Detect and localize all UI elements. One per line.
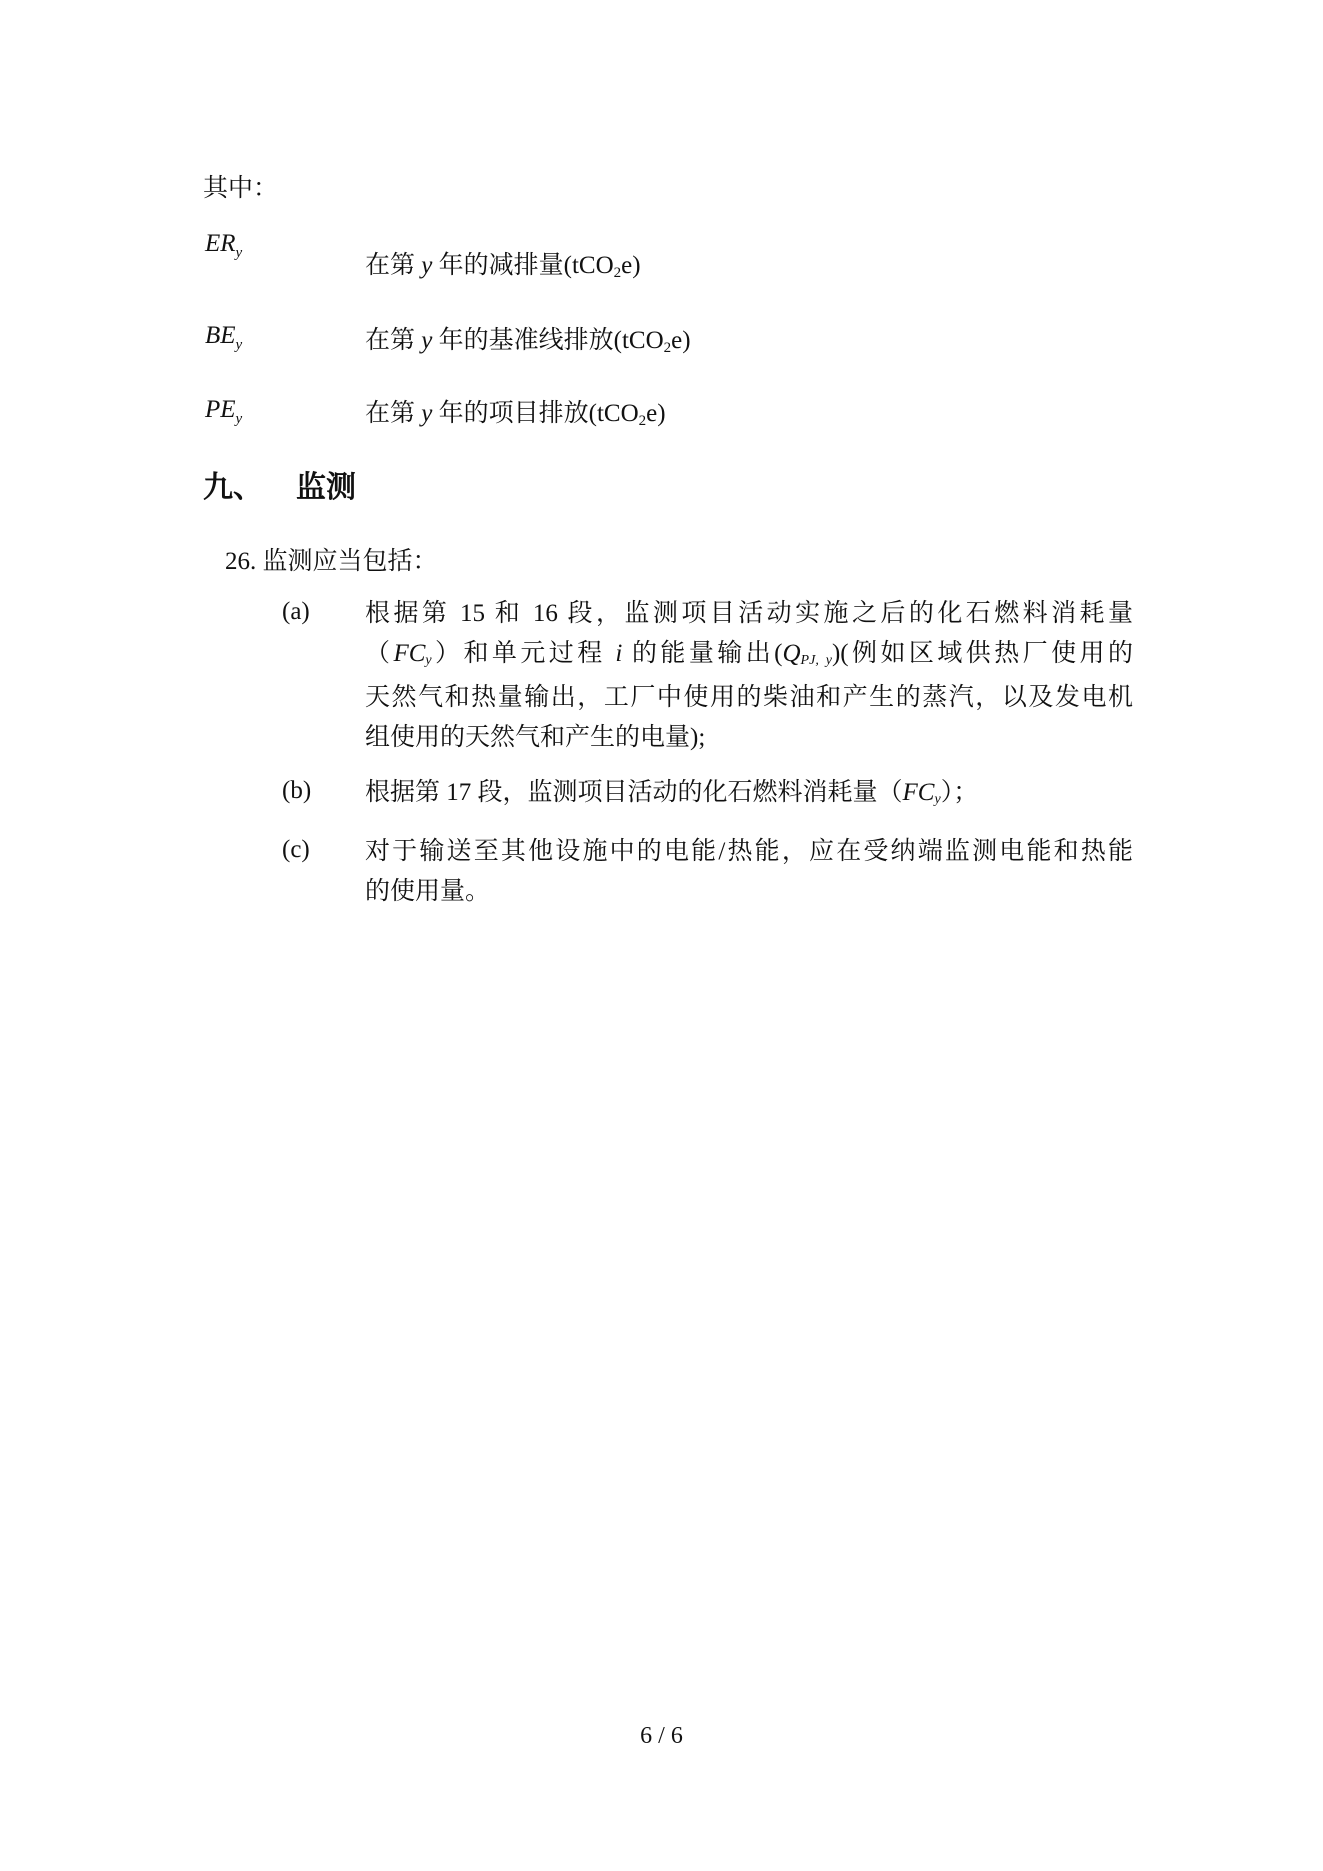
paragraph-26-intro: 26. 监测应当包括： — [225, 541, 438, 577]
list-item-label-a: (a) — [282, 598, 310, 626]
symbol-text: PE — [205, 396, 236, 423]
desc-variable: y — [421, 252, 432, 279]
desc-text: 年的项目排放(tCO — [432, 400, 638, 427]
variable-symbol-pe: PEy — [205, 396, 242, 424]
list-item-body-c: 对于输送至其他设施中的电能/热能，应在受纳端监测电能和热能 的使用量。 — [365, 832, 1133, 912]
desc-subscript: 2 — [614, 265, 622, 281]
desc-text: e) — [671, 327, 690, 354]
variable-symbol-er: ERy — [205, 230, 242, 258]
desc-text: 年的减排量(tCO — [432, 252, 613, 279]
desc-variable: y — [421, 400, 432, 427]
text-span: 的能量输出( — [622, 640, 782, 667]
variable-subscript: PJ, y — [801, 653, 832, 668]
desc-variable: y — [421, 327, 432, 354]
section-title: 监测 — [296, 470, 356, 505]
variable-subscript: y — [425, 653, 431, 668]
list-item-body-a: 根据第 15 和 16 段，监测项目活动实施之后的化石燃料消耗量 （FCy）和单… — [365, 594, 1133, 758]
desc-text: e) — [621, 252, 640, 279]
where-label: 其中： — [203, 168, 278, 204]
page-number: 6 / 6 — [0, 1723, 1323, 1750]
desc-subscript: 2 — [639, 413, 647, 429]
symbol-subscript: y — [236, 245, 243, 261]
text-span: （ — [365, 640, 393, 667]
text-line: 对于输送至其他设施中的电能/热能，应在受纳端监测电能和热能 — [365, 832, 1133, 872]
desc-text: 年的基准线排放(tCO — [432, 327, 663, 354]
symbol-text: ER — [205, 230, 236, 257]
desc-text: 在第 — [365, 327, 421, 354]
text-span: 根据第 17 段，监测项目活动的化石燃料消耗量（ — [365, 779, 903, 806]
variable-description-er: 在第 y 年的减排量(tCO2e) — [365, 245, 641, 281]
text-span: ）； — [941, 779, 979, 806]
section-number: 九、 — [203, 462, 296, 506]
document-page: 其中： ERy 在第 y 年的减排量(tCO2e) BEy 在第 y 年的基准线… — [0, 0, 1323, 1871]
variable-subscript: y — [934, 792, 940, 807]
variable-symbol-be: BEy — [205, 322, 242, 350]
desc-text: 在第 — [365, 400, 421, 427]
variable-q: Q — [782, 640, 800, 667]
symbol-subscript: y — [236, 337, 243, 353]
variable-description-be: 在第 y 年的基准线排放(tCO2e) — [365, 320, 691, 356]
desc-text: e) — [646, 400, 665, 427]
text-span: )(例如区域供热厂使用的 — [832, 640, 1133, 667]
desc-text: 在第 — [365, 252, 421, 279]
text-line: （FCy）和单元过程 i 的能量输出(QPJ, y)(例如区域供热厂使用的 — [365, 634, 1133, 678]
variable-fc: FC — [903, 779, 935, 806]
list-item-label-c: (c) — [282, 836, 310, 864]
desc-subscript: 2 — [664, 340, 672, 356]
variable-description-pe: 在第 y 年的项目排放(tCO2e) — [365, 393, 666, 429]
text-line: 的使用量。 — [365, 872, 1133, 912]
text-line: 根据第 15 和 16 段，监测项目活动实施之后的化石燃料消耗量 — [365, 594, 1133, 634]
list-item-label-b: (b) — [282, 777, 311, 805]
variable-fc: FC — [393, 640, 425, 667]
symbol-subscript: y — [236, 411, 243, 427]
list-item-body-b: 根据第 17 段，监测项目活动的化石燃料消耗量（FCy）； — [365, 773, 1133, 817]
text-span: ）和单元过程 — [432, 640, 616, 667]
text-line: 组使用的天然气和产生的电量); — [365, 718, 1133, 758]
text-line: 根据第 17 段，监测项目活动的化石燃料消耗量（FCy）； — [365, 773, 1133, 817]
symbol-text: BE — [205, 322, 236, 349]
section-heading: 九、监测 — [203, 462, 356, 506]
text-line: 天然气和热量输出，工厂中使用的柴油和产生的蒸汽，以及发电机 — [365, 678, 1133, 718]
